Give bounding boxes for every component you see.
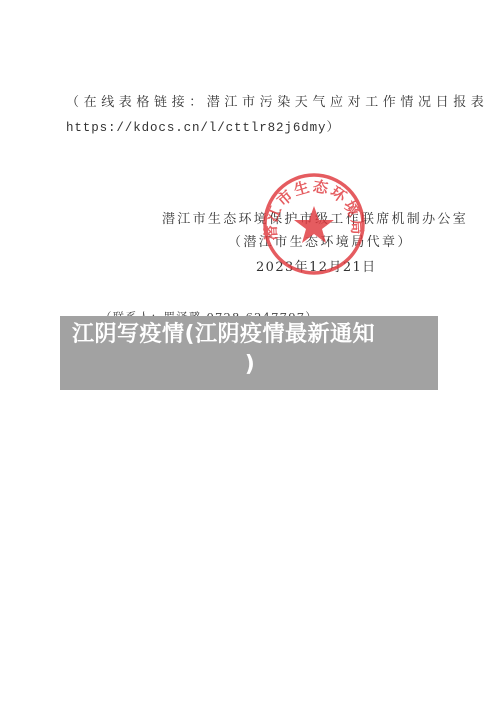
signature-organization: 潜江市生态环境保护市级工作联席机制办公室 bbox=[162, 212, 468, 228]
stamp-text: 潜江市生态环境局 bbox=[262, 177, 367, 241]
article-title[interactable]: 江阴写疫情(江阴疫情最新通知 ) bbox=[72, 320, 428, 380]
article-title-line-1: 江阴写疫情(江阴疫情最新通知 bbox=[72, 320, 428, 350]
signature-note: （潜江市生态环境局代章） bbox=[228, 235, 413, 251]
signature-date: 2023年12月21日 bbox=[256, 260, 377, 276]
online-table-note: （在线表格链接：潜江市污染天气应对工作情况日报表 bbox=[66, 95, 488, 111]
svg-text:潜江市生态环境局: 潜江市生态环境局 bbox=[262, 177, 367, 241]
online-table-link[interactable]: https://kdocs.cn/l/cttlr82j6dmy） bbox=[66, 120, 340, 136]
title-banner: 江阴写疫情(江阴疫情最新通知 ) bbox=[60, 316, 438, 390]
article-title-line-2: ) bbox=[72, 350, 428, 380]
